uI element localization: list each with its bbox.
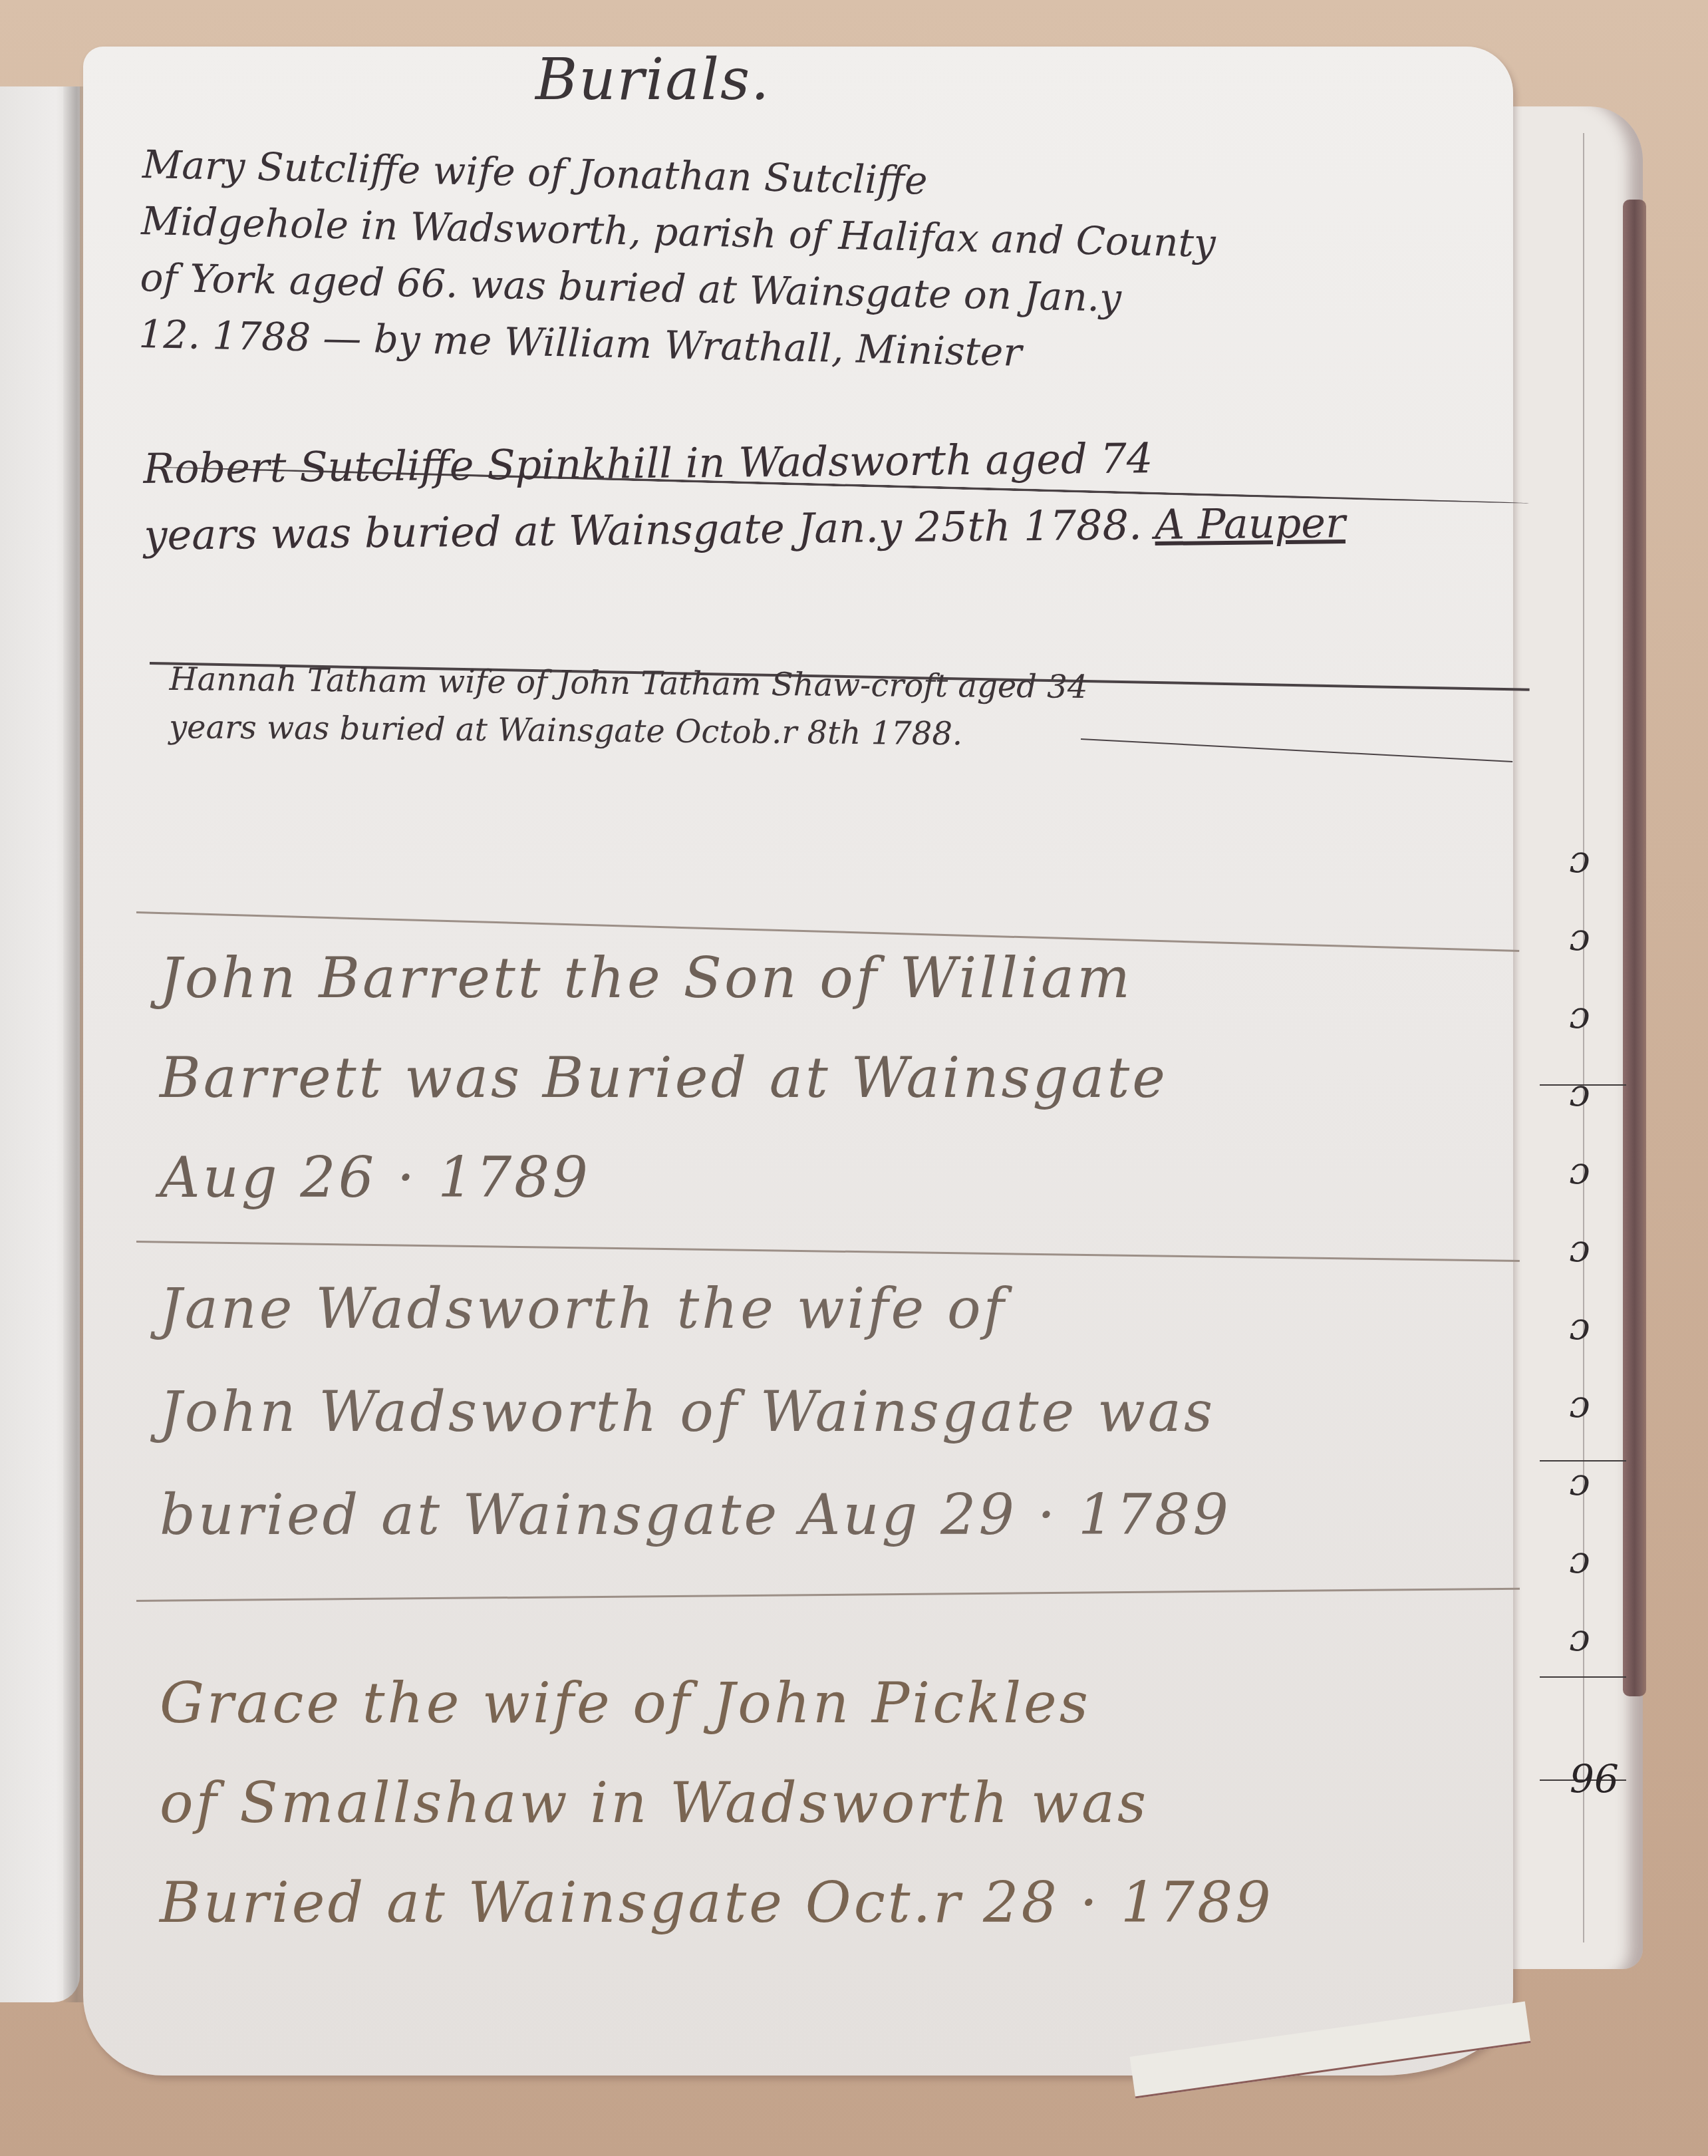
- page-heading: Burials.: [535, 47, 770, 113]
- entry-text: years was buried at Wainsgate Jan.y 25th…: [144, 500, 1142, 559]
- tally-mark: ɔ: [1553, 1150, 1606, 1227]
- tally-mark: ɔ: [1553, 1227, 1606, 1305]
- tally-mark: ɔ: [1553, 994, 1606, 1072]
- tally-mark: ɔ: [1553, 1617, 1606, 1694]
- tally-final: 96: [1570, 1756, 1619, 1801]
- burial-entry-mary-sutcliffe: Mary Sutcliffe wife of Jonathan Sutcliff…: [138, 136, 1500, 391]
- tally-divider: [1540, 1084, 1626, 1086]
- burial-entry-jane-wadsworth: Jane Wadsworth the wife of John Wadswort…: [160, 1257, 1516, 1567]
- tally-mark: ɔ: [1553, 1305, 1606, 1383]
- tally-mark: ɔ: [1553, 838, 1606, 916]
- entry-line: Barrett was Buried at Wainsgate: [160, 1028, 1516, 1128]
- tally-divider: [1540, 1460, 1626, 1462]
- entry-divider: [136, 1588, 1520, 1602]
- burial-entry-robert-sutcliffe: Robert Sutcliffe Spinkhill in Wadsworth …: [143, 422, 1501, 569]
- tally-divider: [1540, 1676, 1626, 1678]
- tally-mark: ɔ: [1553, 1072, 1606, 1150]
- pauper-note: A Pauper: [1155, 498, 1346, 549]
- entry-line: Aug 26 · 1789: [160, 1128, 1516, 1227]
- margin-tally: ɔ ɔ ɔ ɔ ɔ ɔ ɔ ɔ ɔ ɔ ɔ: [1553, 838, 1606, 1694]
- entry-line: John Wadsworth of Wainsgate was: [160, 1360, 1516, 1463]
- tally-mark: ɔ: [1553, 1539, 1606, 1617]
- entry-line: buried at Wainsgate Aug 29 · 1789: [160, 1463, 1516, 1567]
- entry-line: Buried at Wainsgate Oct.r 28 · 1789: [160, 1853, 1516, 1952]
- entry-line: Jane Wadsworth the wife of: [160, 1257, 1516, 1360]
- tally-mark: ɔ: [1553, 1461, 1606, 1539]
- burial-entry-john-barrett: John Barrett the Son of William Barrett …: [160, 928, 1516, 1227]
- entry-line: John Barrett the Son of William: [160, 928, 1516, 1028]
- entry-line: years was buried at Wainsgate Jan.y 25th…: [144, 488, 1501, 569]
- tally-mark: ɔ: [1553, 1383, 1606, 1461]
- burial-entry-hannah-tatham: Hannah Tatham wife of John Tatham Shaw-c…: [169, 655, 1526, 763]
- tally-mark: ɔ: [1553, 916, 1606, 994]
- entry-line: of Smallshaw in Wadsworth was: [160, 1753, 1516, 1853]
- register-page: Burials. Mary Sutcliffe wife of Jonathan…: [83, 47, 1513, 2076]
- book-cover-edge: [1623, 200, 1646, 1696]
- burial-entry-grace-pickles: Grace the wife of John Pickles of Smalls…: [160, 1653, 1516, 1952]
- entry-line: Grace the wife of John Pickles: [160, 1653, 1516, 1753]
